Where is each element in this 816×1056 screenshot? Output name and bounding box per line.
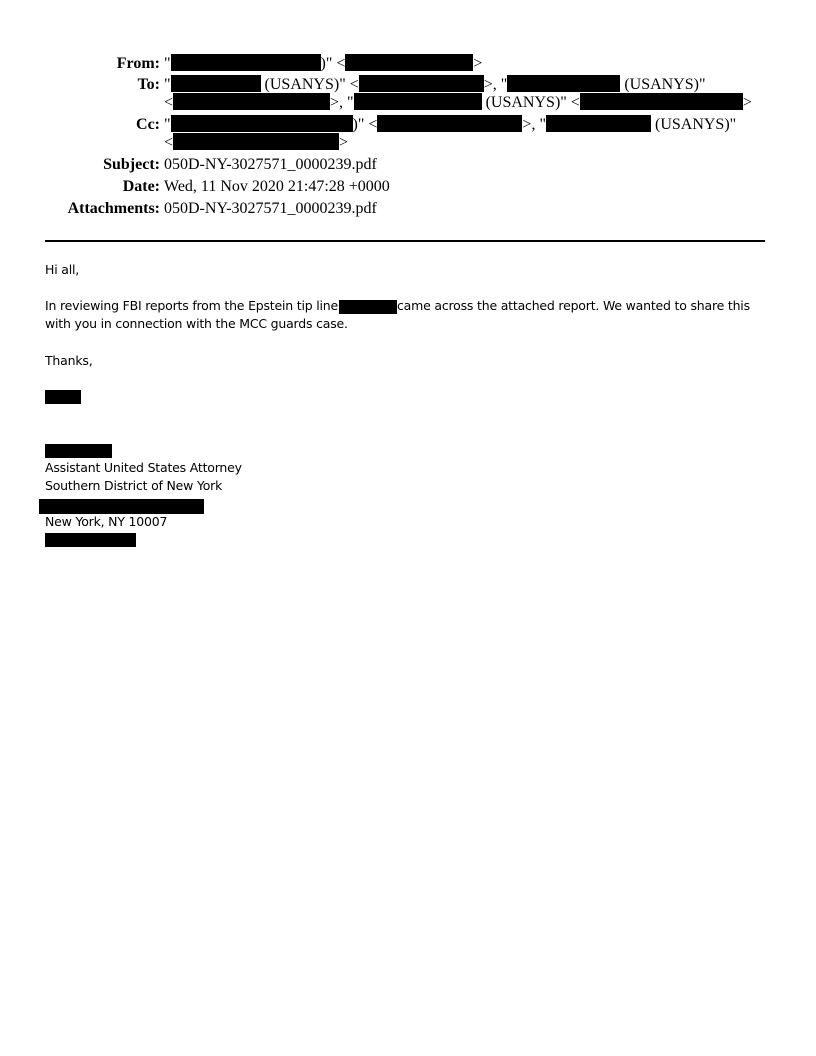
to-sep: (USANYS)" < [482,94,580,111]
to-label: To: [0,75,160,95]
body-paragraph-line1b: came across the attached report. We want… [397,297,750,315]
date-value: Wed, 11 Nov 2020 21:47:28 +0000 [164,177,390,197]
from-value: ")" <> [164,54,482,74]
subject-label: Subject: [0,155,160,175]
redaction [171,54,321,71]
cc-value-line2: <> [164,133,348,153]
redaction [354,93,482,110]
redaction [45,390,81,404]
email-header: From: ")" <> To: " (USANYS)" <>, " (USAN… [0,0,816,230]
cc-sep: < [164,134,173,151]
redaction [171,75,261,92]
attachments-label: Attachments: [0,199,160,219]
body-paragraph-line1: In reviewing FBI reports from the Epstei… [45,297,342,315]
cc-label: Cc: [0,115,160,135]
para-text: In reviewing FBI reports from the Epstei… [45,298,342,313]
redaction [546,115,651,132]
to-sep: (USANYS)" [620,76,705,93]
signature-office: Southern District of New York [45,477,222,495]
closing: Thanks, [45,352,92,370]
from-sep: )" < [321,55,346,72]
cc-sep: )" < [353,116,378,133]
redaction [580,93,743,110]
to-sep: < [164,94,173,111]
to-value-line1: " (USANYS)" <>, " (USANYS)" [164,75,706,95]
date-label: Date: [0,177,160,197]
to-sep: (USANYS)" < [261,76,359,93]
cc-value-line1: ")" <>, " (USANYS)" [164,115,736,135]
signature-city: New York, NY 10007 [45,513,167,531]
from-label: From: [0,54,160,74]
cc-sep: (USANYS)" [651,116,736,133]
cc-sep: > [339,134,348,151]
attachment-link[interactable]: 050D-NY-3027571_0000239.pdf [164,199,377,219]
subject-value: 050D-NY-3027571_0000239.pdf [164,155,377,175]
cc-sep: >, " [522,116,546,133]
redaction [45,533,136,547]
redaction [345,54,473,71]
to-sep: >, " [330,94,354,111]
header-divider [45,240,765,242]
to-sep: >, " [484,76,508,93]
redaction [171,115,353,132]
body-paragraph-line2: with you in connection with the MCC guar… [45,315,348,333]
from-end: > [473,55,482,72]
greeting: Hi all, [45,261,79,279]
redaction [359,75,484,92]
redaction [507,75,620,92]
redaction [45,444,112,458]
redaction [339,300,397,314]
redaction [39,499,204,514]
redaction [173,93,330,110]
signature-title: Assistant United States Attorney [45,459,242,477]
redaction [377,115,522,132]
to-value-line2: <>, " (USANYS)" <> [164,93,752,113]
to-sep: > [743,94,752,111]
redaction [173,133,339,150]
